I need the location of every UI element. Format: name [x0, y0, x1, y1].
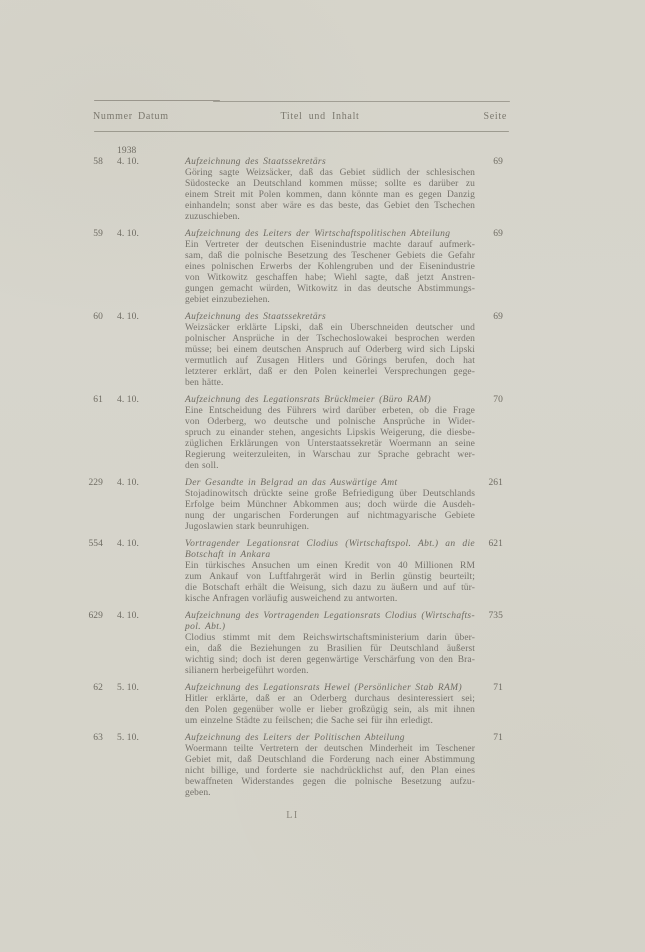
header-rule-top-right	[213, 101, 510, 102]
entry-date: 5. 10.	[103, 733, 185, 799]
entry-date: 4. 10.	[103, 229, 185, 306]
entry-body-line: Ein Vertreter der deutschen Eisenindustr…	[185, 240, 475, 251]
entry-page: 621	[475, 539, 503, 605]
entry-body-line: die Botschaft erhält die Weisung, sich d…	[185, 583, 475, 594]
entry-title: Aufzeichnung des Leiters der Politischen…	[185, 733, 475, 744]
entry-number: 62	[0, 683, 103, 727]
entry-body-line: spruch zu einander stehen, angesichts Li…	[185, 428, 475, 439]
table-row: 58 4. 10. Aufzeichnung des Staatssekretä…	[0, 157, 503, 223]
entry-body-line: um einzelne Städte zu feilschen; die Sac…	[185, 716, 475, 727]
entry-title-line: Der Gesandte in Belgrad an das Auswärtig…	[185, 478, 475, 489]
entry-title-line: Aufzeichnung des Legationsrats Brücklmei…	[185, 395, 475, 406]
entry-body-line: Jugoslawien stark beunruhigen.	[185, 522, 475, 533]
table-row: 62 5. 10. Aufzeichnung des Legationsrats…	[0, 683, 503, 727]
entry-body-line: bewaffneten Widerstandes gegen die polni…	[185, 777, 475, 788]
entry-page: 69	[475, 312, 503, 389]
page: Nummer Datum Titel und Inhalt Seite 1938…	[0, 0, 645, 952]
year-spacer-content	[185, 146, 475, 157]
entry-number: 229	[0, 478, 103, 533]
entry-number: 629	[0, 611, 103, 677]
entry-body-line: nung der ungarischen Forderungen auf nic…	[185, 511, 475, 522]
entry-content: Aufzeichnung des Vortragenden Legationsr…	[185, 611, 475, 677]
entry-number: 61	[0, 395, 103, 472]
entry-body-line: Göring sagte Weizsäcker, daß das Gebiet …	[185, 168, 475, 179]
entry-body-line: Gebiet mit, daß Deutschland die Forderun…	[185, 755, 475, 766]
entry-number: 58	[0, 157, 103, 223]
entry-body: Weizsäcker erklärte Lipski, daß ein Über…	[185, 323, 475, 389]
year-heading-text: 1938	[117, 146, 185, 157]
folio-page-number: LI	[185, 810, 400, 821]
entry-title-line: Aufzeichnung des Vortragenden Legationsr…	[185, 611, 475, 622]
entry-page: 69	[475, 157, 503, 223]
entry-content: Aufzeichnung des Legationsrats Brücklmei…	[185, 395, 475, 472]
year-spacer-number	[0, 146, 103, 157]
entry-number: 59	[0, 229, 103, 306]
year-spacer-page	[475, 146, 503, 157]
entry-body-line: Erfolge beim Münchner Abkommen aus; doch…	[185, 500, 475, 511]
table-row: 554 4. 10. Vortragender Legationsrat Clo…	[0, 539, 503, 605]
entry-title-line: Botschaft in Ankara	[185, 550, 475, 561]
entry-body-line: zuzuschieben.	[185, 212, 475, 223]
entry-body-line: einhandeln; sonst aber wäre es das beste…	[185, 201, 475, 212]
entry-body-line: gebiet einzubeziehen.	[185, 295, 475, 306]
entry-date: 4. 10.	[103, 312, 185, 389]
entry-body-line: den Polen gegenüber wolle er lieber groß…	[185, 705, 475, 716]
entry-title: Der Gesandte in Belgrad an das Auswärtig…	[185, 478, 475, 489]
entry-body-line: nicht billige, und forderte sie nachdrüc…	[185, 766, 475, 777]
entry-date: 4. 10.	[103, 539, 185, 605]
entry-number: 60	[0, 312, 103, 389]
entry-date: 4. 10.	[103, 395, 185, 472]
entry-body-line: Hitler erklärte, daß er an Oderberg durc…	[185, 694, 475, 705]
entry-body-line: ein, daß die Beziehungen zu Brasilien fü…	[185, 644, 475, 655]
entry-body-line: sam, daß die polnische Besetzung des Tes…	[185, 251, 475, 262]
entry-body-line: geben.	[185, 788, 475, 799]
entry-title: Aufzeichnung des Legationsrats Brücklmei…	[185, 395, 475, 406]
entry-content: Vortragender Legationsrat Clodius (Wirts…	[185, 539, 475, 605]
entry-body-line: von Witkowitz geschaffen habe; Wiehl sag…	[185, 273, 475, 284]
entry-body-line: Südostecke an Deutschland kommen müsse; …	[185, 179, 475, 190]
table-row: 229 4. 10. Der Gesandte in Belgrad an da…	[0, 478, 503, 533]
entry-body-line: wichtig sind; doch ist deren gegenwärtig…	[185, 655, 475, 666]
entry-number: 554	[0, 539, 103, 605]
entry-date: 4. 10.	[103, 478, 185, 533]
entry-body-line: einem Streit mit Polen kommen, dann könn…	[185, 190, 475, 201]
entry-page: 70	[475, 395, 503, 472]
entry-body-line: letzterer erklärt, daß er den Polen kein…	[185, 367, 475, 378]
table-row: 63 5. 10. Aufzeichnung des Leiters der P…	[0, 733, 503, 799]
entry-content: Aufzeichnung des Staatssekretärs Göring …	[185, 157, 475, 223]
header-rule-top-left	[94, 100, 220, 101]
entry-body-line: kische Anfragen vorläufig ausweichend zu…	[185, 594, 475, 605]
entry-body-line: müsse; bei einem deutschen Anspruch auf …	[185, 345, 475, 356]
entry-title: Vortragender Legationsrat Clodius (Wirts…	[185, 539, 475, 561]
entry-title-line: Aufzeichnung des Leiters der Wirtschafts…	[185, 229, 475, 240]
entries: 1938 58 4. 10. Aufzeichnung des Staatsse…	[0, 146, 503, 799]
entry-body: Göring sagte Weizsäcker, daß das Gebiet …	[185, 168, 475, 223]
entry-body-line: Woermann teilte Vertretern der deutschen…	[185, 744, 475, 755]
year-heading: 1938	[103, 146, 185, 157]
header-rule-bottom	[94, 131, 509, 132]
entry-body-line: silianern herbeigeführt worden.	[185, 666, 475, 677]
year-row: 1938	[0, 146, 503, 157]
entry-date: 5. 10.	[103, 683, 185, 727]
entry-page: 69	[475, 229, 503, 306]
entry-body-line: polnischer Ansprüche in der Tschechoslow…	[185, 334, 475, 345]
entry-content: Aufzeichnung des Legationsrats Hewel (Pe…	[185, 683, 475, 727]
table-row: 629 4. 10. Aufzeichnung des Vortragenden…	[0, 611, 503, 677]
entry-body: Ein türkisches Ansuchen um einen Kredit …	[185, 561, 475, 605]
entry-body-line: Stojadinowitsch drückte seine große Befr…	[185, 489, 475, 500]
entry-page: 261	[475, 478, 503, 533]
entry-title-line: pol. Abt.)	[185, 622, 475, 633]
entry-body-line: Regierung weiterzuleiten, in Warschau zu…	[185, 450, 475, 461]
entry-body-line: den soll.	[185, 461, 475, 472]
entry-title: Aufzeichnung des Staatssekretärs	[185, 157, 475, 168]
entry-title: Aufzeichnung des Staatssekretärs	[185, 312, 475, 323]
entry-body: Clodius stimmt mit dem Reichswirtschafts…	[185, 633, 475, 677]
entry-body-line: Weizsäcker erklärte Lipski, daß ein Über…	[185, 323, 475, 334]
entry-page: 735	[475, 611, 503, 677]
entry-body-line: von Oderberg, wo deutsche und polnische …	[185, 417, 475, 428]
entry-title-line: Aufzeichnung des Leiters der Politischen…	[185, 733, 475, 744]
entry-body: Hitler erklärte, daß er an Oderberg durc…	[185, 694, 475, 727]
entry-body-line: züglichen Erklärungen von Unterstaatssek…	[185, 439, 475, 450]
entry-title: Aufzeichnung des Vortragenden Legationsr…	[185, 611, 475, 633]
entry-body: Stojadinowitsch drückte seine große Befr…	[185, 489, 475, 533]
entry-body: Eine Entscheidung des Führers wird darüb…	[185, 406, 475, 472]
scanned-book-page: { "page_header": { "col_number": "Nummer…	[0, 0, 645, 952]
entry-body-line: vermutlich auf Zusagen Hitlers und Görin…	[185, 356, 475, 367]
entry-title-line: Vortragender Legationsrat Clodius (Wirts…	[185, 539, 475, 550]
entry-title-line: Aufzeichnung des Staatssekretärs	[185, 312, 475, 323]
entry-body-line: gungen gemacht würden, Witkowitz in das …	[185, 284, 475, 295]
entry-date: 4. 10.	[103, 157, 185, 223]
table-row: 59 4. 10. Aufzeichnung des Leiters der W…	[0, 229, 503, 306]
entry-body: Ein Vertreter der deutschen Eisenindustr…	[185, 240, 475, 306]
entry-body-line: ben hätte.	[185, 378, 475, 389]
entry-content: Aufzeichnung des Leiters der Wirtschafts…	[185, 229, 475, 306]
column-header-seite: Seite	[455, 111, 507, 122]
table-row: 60 4. 10. Aufzeichnung des Staatssekretä…	[0, 312, 503, 389]
entry-title: Aufzeichnung des Leiters der Wirtschafts…	[185, 229, 475, 240]
column-header-datum: Datum	[138, 111, 169, 122]
entry-content: Aufzeichnung des Leiters der Politischen…	[185, 733, 475, 799]
entry-body: Woermann teilte Vertretern der deutschen…	[185, 744, 475, 799]
entry-body-line: Eine Entscheidung des Führers wird darüb…	[185, 406, 475, 417]
entry-number: 63	[0, 733, 103, 799]
entry-title-line: Aufzeichnung des Legationsrats Hewel (Pe…	[185, 683, 475, 694]
entry-body-line: Clodius stimmt mit dem Reichswirtschafts…	[185, 633, 475, 644]
entry-body-line: zum Ankauf von Luftfahrgerät wird in Ber…	[185, 572, 475, 583]
entry-page: 71	[475, 733, 503, 799]
entry-content: Aufzeichnung des Staatssekretärs Weizsäc…	[185, 312, 475, 389]
entry-content: Der Gesandte in Belgrad an das Auswärtig…	[185, 478, 475, 533]
table-row: 61 4. 10. Aufzeichnung des Legationsrats…	[0, 395, 503, 472]
entry-body-line: Ein türkisches Ansuchen um einen Kredit …	[185, 561, 475, 572]
entry-date: 4. 10.	[103, 611, 185, 677]
column-header-nummer: Nummer	[93, 111, 133, 122]
entry-body-line: eines polnischen Erwerbs der Kohlengrube…	[185, 262, 475, 273]
entry-title: Aufzeichnung des Legationsrats Hewel (Pe…	[185, 683, 475, 694]
column-header-titel: Titel und Inhalt	[185, 111, 455, 122]
entry-page: 71	[475, 683, 503, 727]
entry-title-line: Aufzeichnung des Staatssekretärs	[185, 157, 475, 168]
